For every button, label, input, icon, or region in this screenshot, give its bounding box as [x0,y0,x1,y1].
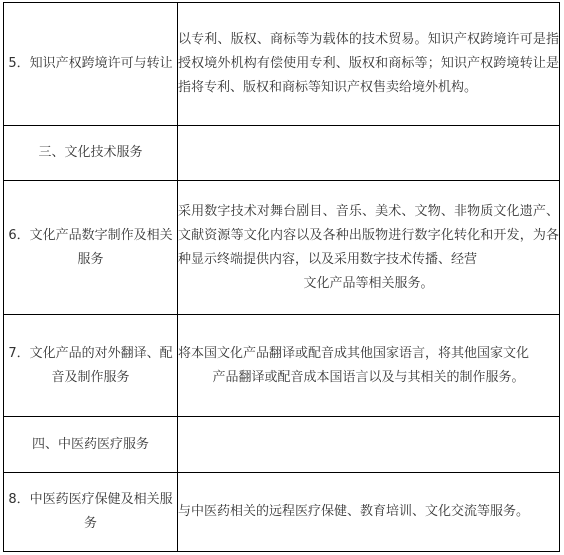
table-row: 8．中医药医疗保健及相关服务 与中医药相关的远程医疗保健、教育培训、文化交流等服… [4,473,560,552]
section-heading-row: 四、中医药医疗服务 [4,417,560,473]
service-description-tail: 产品翻译或配音成本国语言以及与其相关的制作服务。 [178,366,559,390]
service-name-cell: 5．知识产权跨境许可与转让 [4,3,178,126]
service-description: 与中医药相关的远程医疗保健、教育培训、文化交流等服务。 [178,500,559,524]
service-description-cell: 与中医药相关的远程医疗保健、教育培训、文化交流等服务。 [178,473,560,552]
service-description-cell: 将本国文化产品翻译或配音成其他国家语言，将其他国家文化 产品翻译或配音成本国语言… [178,315,560,417]
service-description: 将本国文化产品翻译或配音成其他国家语言，将其他国家文化 [178,342,559,366]
table-row: 6．文化产品数字制作及相关服务 采用数字技术对舞台剧目、音乐、美术、文物、非物质… [4,181,560,315]
service-description: 以专利、版权、商标等为载体的技术贸易。知识产权跨境许可是指授权境外机构有偿使用专… [178,28,559,100]
service-description-cell: 采用数字技术对舞台剧目、音乐、美术、文物、非物质文化遗产、文献资源等文化内容以及… [178,181,560,315]
empty-description-cell [178,417,560,473]
service-description-cell: 以专利、版权、商标等为载体的技术贸易。知识产权跨境许可是指授权境外机构有偿使用专… [178,3,560,126]
section-heading-cell: 四、中医药医疗服务 [4,417,178,473]
service-name-cell: 7．文化产品的对外翻译、配音及制作服务 [4,315,178,417]
table-row: 7．文化产品的对外翻译、配音及制作服务 将本国文化产品翻译或配音成其他国家语言，… [4,315,560,417]
service-description-tail: 文化产品等相关服务。 [178,272,559,296]
section-heading-row: 三、文化技术服务 [4,126,560,181]
table-row: 5．知识产权跨境许可与转让 以专利、版权、商标等为载体的技术贸易。知识产权跨境许… [4,3,560,126]
services-table: 5．知识产权跨境许可与转让 以专利、版权、商标等为载体的技术贸易。知识产权跨境许… [3,2,560,552]
section-heading-cell: 三、文化技术服务 [4,126,178,181]
empty-description-cell [178,126,560,181]
service-name-cell: 8．中医药医疗保健及相关服务 [4,473,178,552]
service-description: 采用数字技术对舞台剧目、音乐、美术、文物、非物质文化遗产、文献资源等文化内容以及… [178,200,559,272]
service-name-cell: 6．文化产品数字制作及相关服务 [4,181,178,315]
